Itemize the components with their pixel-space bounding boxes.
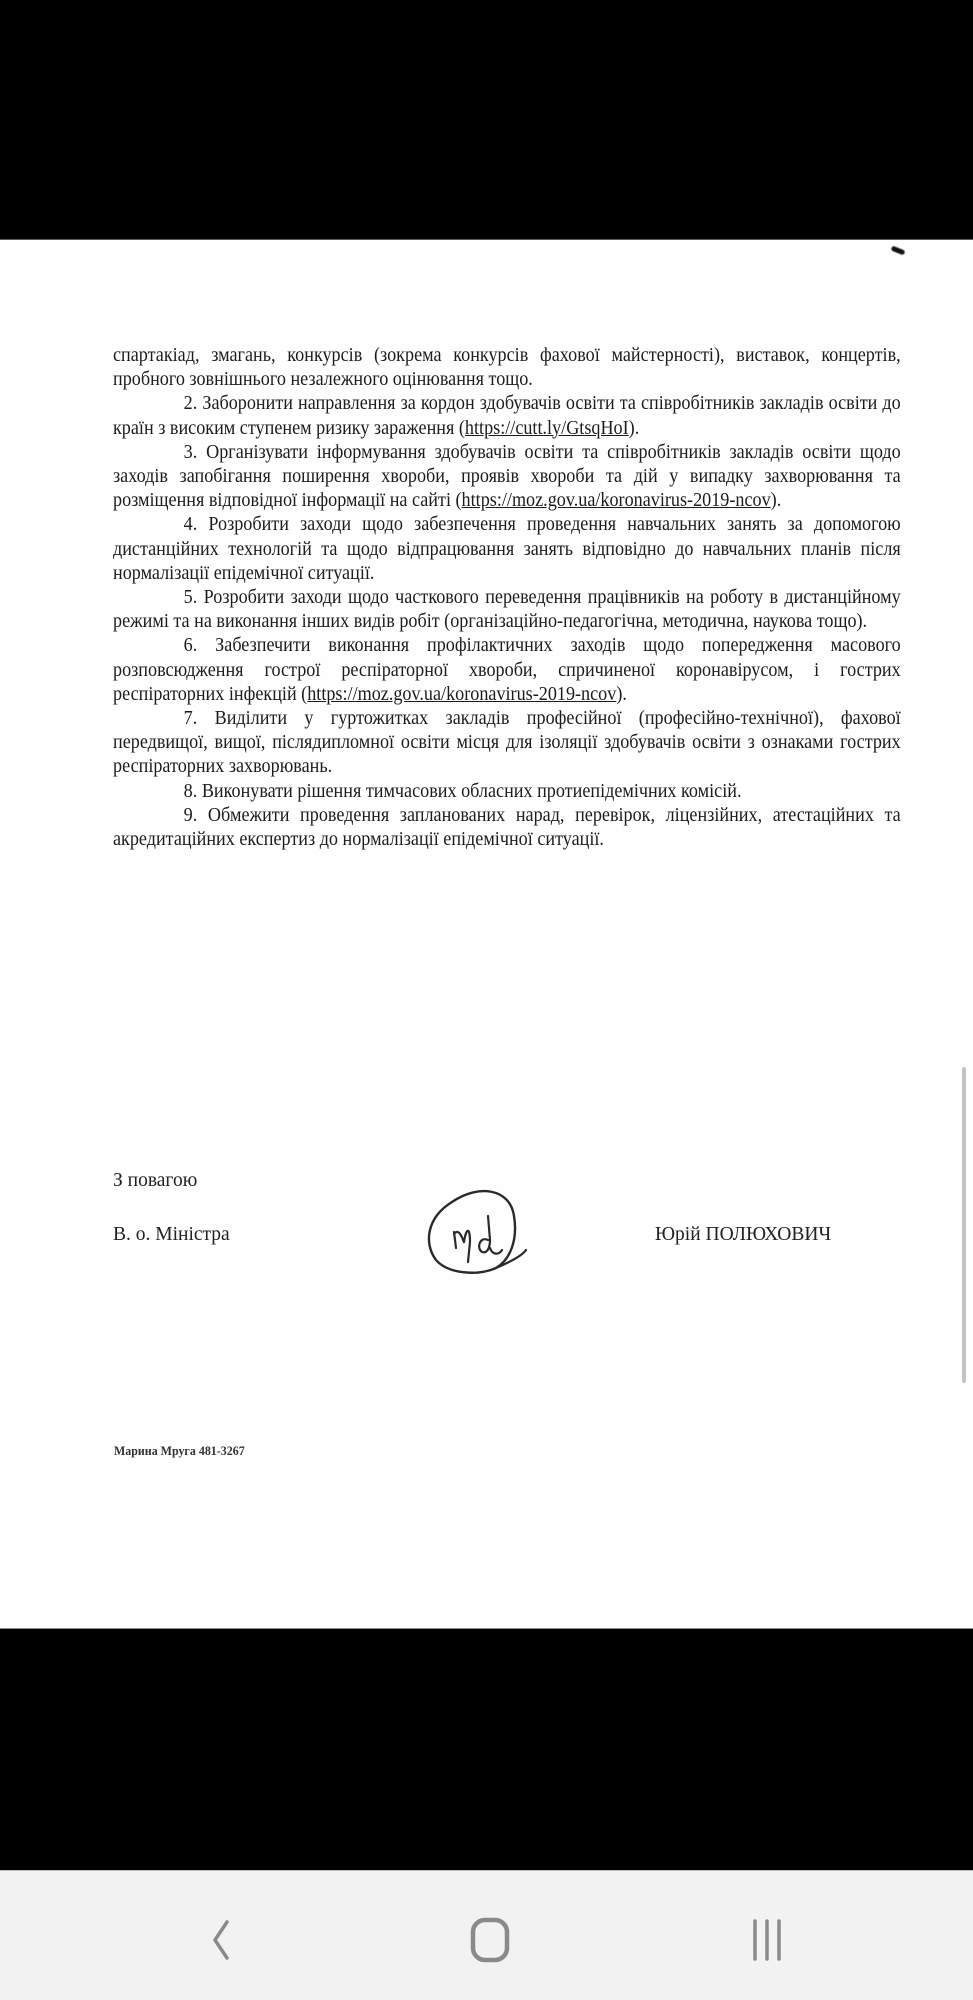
link-moz[interactable]: https://moz.gov.ua/koronavirus-2019-ncov bbox=[462, 490, 771, 511]
list-item: 3. Організувати інформування здобувачів … bbox=[113, 441, 901, 514]
item-number: 5. bbox=[184, 587, 198, 608]
paragraph-continuation: спартакіад, змагань, конкурсів (зокрема … bbox=[113, 344, 901, 392]
list-item: 8. Виконувати рішення тимчасових обласни… bbox=[113, 780, 901, 804]
signatory-position: В. о. Міністра bbox=[113, 1224, 230, 1246]
item-number: 6. bbox=[184, 635, 198, 656]
paragraph-text: спартакіад, змагань, конкурсів (зокрема … bbox=[113, 345, 901, 390]
signatory-name: Юрій ПОЛЮХОВИЧ bbox=[655, 1224, 831, 1246]
executor-contact: Марина Мруга 481-3267 bbox=[114, 1443, 245, 1459]
scrollbar[interactable] bbox=[962, 1067, 966, 1383]
link-cutt[interactable]: https://cutt.ly/GtsqHoI bbox=[465, 418, 629, 439]
paren: ). bbox=[629, 418, 640, 439]
back-button[interactable] bbox=[180, 1900, 260, 1980]
recents-icon bbox=[747, 1917, 787, 1963]
screen: спартакіад, змагань, конкурсів (зокрема … bbox=[0, 0, 973, 2000]
paren: ( bbox=[451, 490, 462, 511]
list-item: 4. Розробити заходи щодо забезпечення пр… bbox=[113, 513, 901, 586]
closing-regards: З повагою bbox=[113, 1170, 197, 1192]
list-item: 7. Виділити у гуртожитках закладів профе… bbox=[113, 707, 901, 780]
home-button[interactable] bbox=[450, 1900, 530, 1980]
item-number: 2. bbox=[184, 393, 198, 414]
item-number: 3. bbox=[184, 442, 198, 463]
list-item: 5. Розробити заходи щодо часткового пере… bbox=[113, 586, 901, 634]
link-moz[interactable]: https://moz.gov.ua/koronavirus-2019-ncov bbox=[307, 684, 616, 705]
handwritten-signature-icon bbox=[418, 1182, 530, 1278]
item-text: Розробити заходи щодо часткового перевед… bbox=[113, 587, 901, 632]
home-icon bbox=[468, 1917, 512, 1963]
recents-button[interactable] bbox=[727, 1900, 807, 1980]
list-item: 2. Заборонити направлення за кордон здоб… bbox=[113, 392, 901, 440]
item-text: Виділити у гуртожитках закладів професій… bbox=[113, 708, 901, 777]
item-number: 4. bbox=[184, 514, 198, 535]
back-icon bbox=[205, 1918, 235, 1962]
list-item: 6. Забезпечити виконання профілактичних … bbox=[113, 634, 901, 707]
document-body: спартакіад, змагань, конкурсів (зокрема … bbox=[113, 344, 901, 852]
item-text: Розробити заходи щодо забезпечення прове… bbox=[113, 514, 901, 583]
list-item: 9. Обмежити проведення запланованих нара… bbox=[113, 804, 901, 852]
item-number: 8. bbox=[184, 781, 198, 802]
item-text: Виконувати рішення тимчасових обласних п… bbox=[202, 781, 742, 802]
paren: ). bbox=[771, 490, 782, 511]
item-text: Обмежити проведення запланованих нарад, … bbox=[113, 805, 901, 850]
item-number: 9. bbox=[184, 805, 198, 826]
item-number: 7. bbox=[184, 708, 198, 729]
paren: ( bbox=[297, 684, 308, 705]
paren: ). bbox=[616, 684, 627, 705]
paren: ( bbox=[454, 418, 465, 439]
